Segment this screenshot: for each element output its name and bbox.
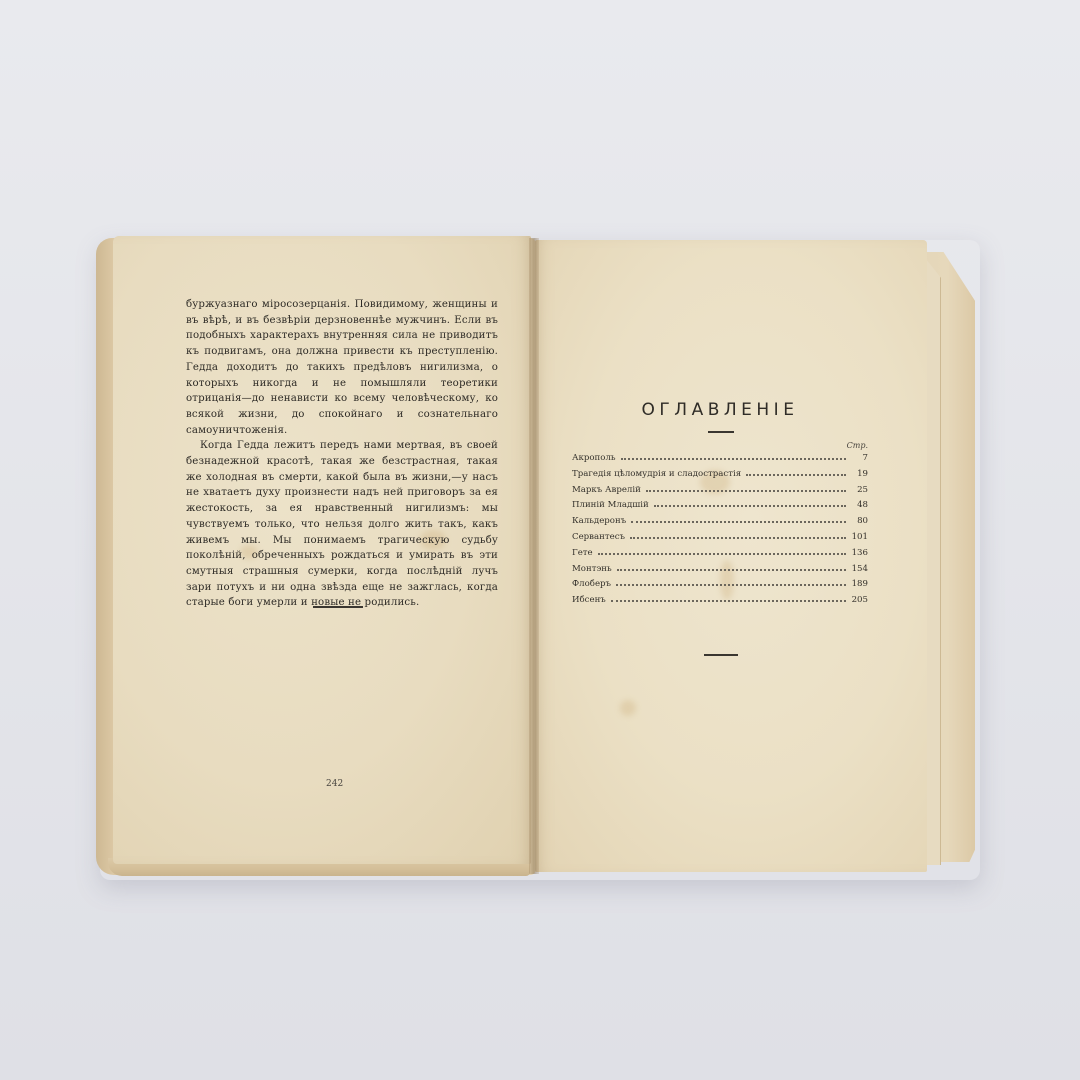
toc-entry-page: 189: [850, 579, 868, 589]
dot-leader: [616, 583, 846, 586]
toc-entry-page: 136: [850, 548, 868, 558]
toc-entry-title: Трагедія цѣломудрія и сладострастія: [572, 469, 744, 479]
dot-leader: [746, 473, 846, 476]
paragraph: буржуазнаго міросозерцанія. Повидимому, …: [186, 297, 498, 438]
dot-leader: [646, 489, 846, 492]
toc-entry-title: Сервантесъ: [572, 532, 628, 542]
toc-entry: Кальдеронъ 80: [572, 516, 868, 532]
toc-entry-page: 25: [850, 485, 868, 495]
toc-entry: Трагедія цѣломудрія и сладострастія 19: [572, 469, 868, 485]
paragraph: Когда Гедда лежитъ передъ нами мертвая, …: [186, 438, 498, 611]
toc-entry: Флоберъ 189: [572, 579, 868, 595]
paper-stain: [620, 700, 636, 716]
toc-entry-page: 7: [850, 453, 868, 463]
toc-entry-title: Гете: [572, 548, 596, 558]
left-page-body-text: буржуазнаго міросозерцанія. Повидимому, …: [186, 297, 498, 611]
table-of-contents: Акрополь 7 Трагедія цѣломудрія и сладост…: [572, 453, 868, 611]
toc-entry-page: 101: [850, 532, 868, 542]
toc-entry-title: Плиній Младшій: [572, 500, 652, 510]
toc-entry-title: Акрополь: [572, 453, 619, 463]
toc-entry-page: 154: [850, 564, 868, 574]
toc-page-column-header: Стр.: [820, 441, 868, 450]
toc-entry: Плиній Младшій 48: [572, 500, 868, 516]
dot-leader: [621, 457, 846, 460]
dot-leader: [598, 552, 846, 555]
toc-entry-title: Флоберъ: [572, 579, 614, 589]
toc-entry-page: 80: [850, 516, 868, 526]
title-underline-rule: [708, 431, 734, 433]
book-gutter: [529, 238, 539, 874]
section-end-rule: [313, 606, 363, 608]
toc-entry-page: 19: [850, 469, 868, 479]
toc-entry-page: 205: [850, 595, 868, 605]
dot-leader: [630, 536, 846, 539]
dot-leader: [611, 599, 846, 602]
toc-entry-page: 48: [850, 500, 868, 510]
toc-entry: Ибсенъ 205: [572, 595, 868, 611]
toc-entry-title: Монтэнь: [572, 564, 615, 574]
dot-leader: [631, 520, 846, 523]
toc-entry: Монтэнь 154: [572, 564, 868, 580]
toc-entry: Акрополь 7: [572, 453, 868, 469]
dot-leader: [654, 504, 846, 507]
toc-title: ОГЛАВЛЕНІЕ: [560, 400, 880, 420]
dot-leader: [617, 568, 846, 571]
page-number: 242: [326, 779, 343, 789]
toc-end-rule: [704, 654, 738, 656]
toc-entry: Сервантесъ 101: [572, 532, 868, 548]
toc-entry-title: Маркъ Аврелій: [572, 485, 644, 495]
toc-entry-title: Ибсенъ: [572, 595, 609, 605]
toc-entry-title: Кальдеронъ: [572, 516, 629, 526]
toc-entry: Гете 136: [572, 548, 868, 564]
toc-entry: Маркъ Аврелій 25: [572, 485, 868, 501]
